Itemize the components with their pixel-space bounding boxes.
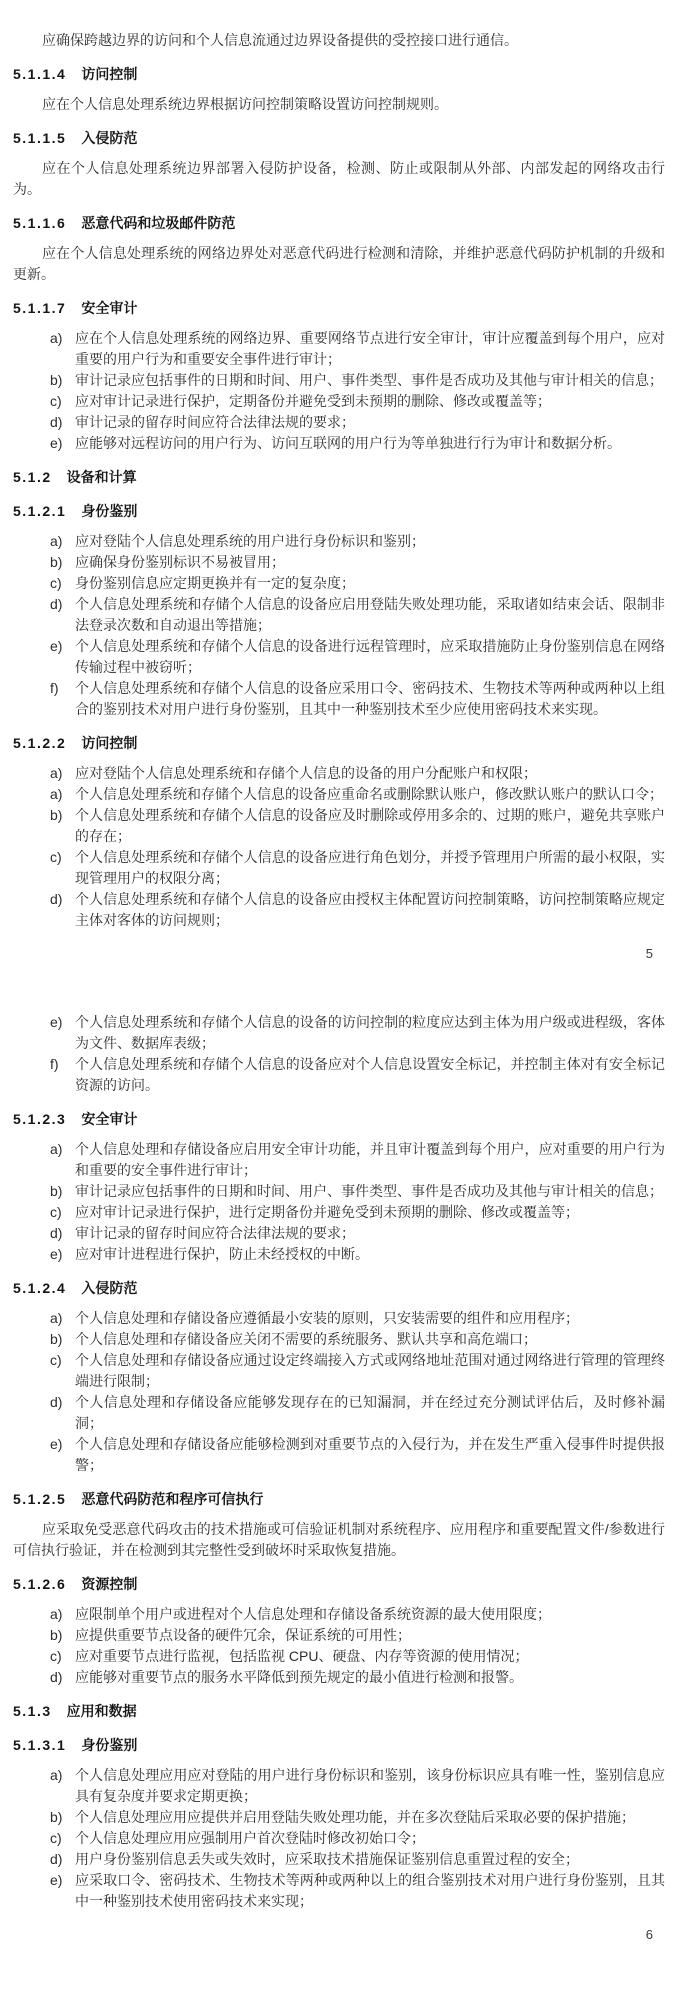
list-item-label: a) [50, 1308, 75, 1329]
clause-title: 应用和数据 [67, 1703, 137, 1719]
clause-number: 5.1.1.4 [13, 66, 66, 82]
list-item: b)个人信息处理应用应提供并启用登陆失败处理功能，并在多次登陆后采取必要的保护措… [13, 1807, 665, 1828]
list-item-text: 个人信息处理应用应强制用户首次登陆时修改初始口令； [75, 1828, 665, 1849]
clause-heading: 5.1.3应用和数据 [13, 1701, 665, 1722]
clause-number: 5.1.2.5 [13, 1491, 66, 1507]
clause-number: 5.1.1.6 [13, 215, 66, 231]
clause-heading: 5.1.2.6资源控制 [13, 1574, 665, 1595]
clause-heading: 5.1.1.4访问控制 [13, 64, 665, 85]
list-item-text: 应能够对重要节点的服务水平降低到预先规定的最小值进行检测和报警。 [75, 1667, 665, 1688]
list-item-label: d) [50, 1849, 75, 1870]
list-item-text: 个人信息处理应用应提供并启用登陆失败处理功能，并在多次登陆后采取必要的保护措施； [75, 1807, 665, 1828]
list-item-label: c) [50, 391, 75, 412]
clause-number: 5.1.2.4 [13, 1280, 66, 1296]
clause-title: 身份鉴别 [81, 1737, 137, 1753]
list-item-text: 个人信息处理系统和存储个人信息的设备应及时删除或停用多余的、过期的账户，避免共享… [75, 805, 665, 847]
list-item-text: 应对审计记录进行保护，定期备份并避免受到未预期的删除、修改或覆盖等； [75, 391, 665, 412]
clause-title: 入侵防范 [81, 130, 137, 146]
list-item-text: 应对登陆个人信息处理系统和存储个人信息的设备的用户分配账户和权限； [75, 763, 665, 784]
clause-number: 5.1.1.5 [13, 130, 66, 146]
list-item-label: e) [50, 1244, 75, 1265]
list-item-label: b) [50, 805, 75, 847]
list-item-text: 个人信息处理系统和存储个人信息的设备应采用口令、密码技术、生物技术等两种或两种以… [75, 678, 665, 720]
list-item: e)应采取口令、密码技术、生物技术等两种或两种以上的组合鉴别技术对用户进行身份鉴… [13, 1870, 665, 1912]
clause-list: a)应在个人信息处理系统的网络边界、重要网络节点进行安全审计，审计应覆盖到每个用… [13, 328, 665, 454]
list-item-label: c) [50, 847, 75, 889]
clause-list: a)个人信息处理应用应对登陆的用户进行身份标识和鉴别，该身份标识应具有唯一性，鉴… [13, 1765, 665, 1912]
list-item-text: 个人信息处理和存储设备应启用安全审计功能，并且审计覆盖到每个用户，应对重要的用户… [75, 1139, 665, 1181]
list-item-text: 个人信息处理系统和存储个人信息的设备进行远程管理时，应采取措施防止身份鉴别信息在… [75, 636, 665, 678]
list-item-label: a) [50, 328, 75, 370]
list-item-text: 应采取口令、密码技术、生物技术等两种或两种以上的组合鉴别技术对用户进行身份鉴别，… [75, 1870, 665, 1912]
page-6-content: e)个人信息处理系统和存储个人信息的设备的访问控制的粒度应达到主体为用户级或进程… [13, 1012, 665, 1912]
list-item: a)个人信息处理系统和存储个人信息的设备应重命名或删除默认账户，修改默认账户的默… [13, 784, 665, 805]
clause-number: 5.1.2.6 [13, 1576, 66, 1592]
list-item: c)身份鉴别信息应定期更换并有一定的复杂度； [13, 573, 665, 594]
list-item: a)应在个人信息处理系统的网络边界、重要网络节点进行安全审计，审计应覆盖到每个用… [13, 328, 665, 370]
list-item: a)应对登陆个人信息处理系统的用户进行身份标识和鉴别； [13, 531, 665, 552]
clause-list: a)应限制单个用户或进程对个人信息处理和存储设备系统资源的最大使用限度；b)应提… [13, 1604, 665, 1688]
page-5: 应确保跨越边界的访问和个人信息流通过边界设备提供的受控接口进行通信。5.1.1.… [13, 30, 665, 964]
list-item: e)个人信息处理系统和存储个人信息的设备进行远程管理时，应采取措施防止身份鉴别信… [13, 636, 665, 678]
list-item: b)审计记录应包括事件的日期和时间、用户、事件类型、事件是否成功及其他与审计相关… [13, 370, 665, 391]
list-item-label: c) [50, 573, 75, 594]
list-item: b)审计记录应包括事件的日期和时间、用户、事件类型、事件是否成功及其他与审计相关… [13, 1181, 665, 1202]
clause-title: 安全审计 [81, 1111, 137, 1127]
list-item-label: c) [50, 1828, 75, 1849]
clause-title: 访问控制 [81, 735, 137, 751]
clause-title: 资源控制 [81, 1576, 137, 1592]
list-item: c)应对审计记录进行保护，进行定期备份并避免受到未预期的删除、修改或覆盖等； [13, 1202, 665, 1223]
page-5-content: 应确保跨越边界的访问和个人信息流通过边界设备提供的受控接口进行通信。5.1.1.… [13, 30, 665, 931]
list-item-text: 应对审计记录进行保护，进行定期备份并避免受到未预期的删除、修改或覆盖等； [75, 1202, 665, 1223]
list-item-label: b) [50, 552, 75, 573]
list-item: d)用户身份鉴别信息丢失或失效时，应采取技术措施保证鉴别信息重置过程的安全； [13, 1849, 665, 1870]
clause-heading: 5.1.2.2访问控制 [13, 733, 665, 754]
list-item: b)应确保身份鉴别标识不易被冒用； [13, 552, 665, 573]
list-item: d)应能够对重要节点的服务水平降低到预先规定的最小值进行检测和报警。 [13, 1667, 665, 1688]
list-item-label: a) [50, 784, 75, 805]
list-item: a)应限制单个用户或进程对个人信息处理和存储设备系统资源的最大使用限度； [13, 1604, 665, 1625]
clause-title: 设备和计算 [67, 469, 137, 485]
list-item-label: c) [50, 1350, 75, 1392]
list-item-text: 用户身份鉴别信息丢失或失效时，应采取技术措施保证鉴别信息重置过程的安全； [75, 1849, 665, 1870]
paragraph: 应在个人信息处理系统边界部署入侵防护设备，检测、防止或限制从外部、内部发起的网络… [13, 158, 665, 200]
list-item: c)个人信息处理应用应强制用户首次登陆时修改初始口令； [13, 1828, 665, 1849]
list-item: e)应能够对远程访问的用户行为、访问互联网的用户行为等单独进行行为审计和数据分析… [13, 433, 665, 454]
clause-title: 访问控制 [81, 66, 137, 82]
clause-heading: 5.1.1.7安全审计 [13, 298, 665, 319]
list-item: d)审计记录的留存时间应符合法律法规的要求； [13, 1223, 665, 1244]
list-item-label: b) [50, 1625, 75, 1646]
list-item: a)应对登陆个人信息处理系统和存储个人信息的设备的用户分配账户和权限； [13, 763, 665, 784]
list-item-text: 个人信息处理系统和存储个人信息的设备的访问控制的粒度应达到主体为用户级或进程级，… [75, 1012, 665, 1054]
clause-heading: 5.1.1.6恶意代码和垃圾邮件防范 [13, 213, 665, 234]
page-number: 6 [13, 1924, 665, 1945]
list-item-text: 审计记录的留存时间应符合法律法规的要求； [75, 1223, 665, 1244]
list-item: a)个人信息处理和存储设备应遵循最小安装的原则，只安装需要的组件和应用程序； [13, 1308, 665, 1329]
list-item-label: d) [50, 594, 75, 636]
list-item-label: a) [50, 531, 75, 552]
list-item-label: f) [50, 1054, 75, 1096]
list-item: c)应对审计记录进行保护，定期备份并避免受到未预期的删除、修改或覆盖等； [13, 391, 665, 412]
list-item-label: b) [50, 1807, 75, 1828]
list-item-text: 个人信息处理和存储设备应通过设定终端接入方式或网络地址范围对通过网络进行管理的管… [75, 1350, 665, 1392]
list-item-label: c) [50, 1646, 75, 1667]
list-item-label: b) [50, 1329, 75, 1350]
list-item-label: d) [50, 412, 75, 433]
list-item-label: e) [50, 1870, 75, 1912]
document-scan: 应确保跨越边界的访问和个人信息流通过边界设备提供的受控接口进行通信。5.1.1.… [0, 0, 675, 1945]
paragraph: 应确保跨越边界的访问和个人信息流通过边界设备提供的受控接口进行通信。 [13, 30, 665, 51]
list-item-text: 个人信息处理和存储设备应关闭不需要的系统服务、默认共享和高危端口； [75, 1329, 665, 1350]
clause-heading: 5.1.2设备和计算 [13, 467, 665, 488]
clause-title: 入侵防范 [81, 1280, 137, 1296]
clause-list: a)应对登陆个人信息处理系统的用户进行身份标识和鉴别；b)应确保身份鉴别标识不易… [13, 531, 665, 720]
list-item-text: 个人信息处理系统和存储个人信息的设备应由授权主体配置访问控制策略，访问控制策略应… [75, 889, 665, 931]
list-item-text: 个人信息处理和存储设备应能够发现存在的已知漏洞，并在经过充分测试评估后，及时修补… [75, 1392, 665, 1434]
list-item-text: 个人信息处理系统和存储个人信息的设备应重命名或删除默认账户，修改默认账户的默认口… [75, 784, 665, 805]
clause-heading: 5.1.1.5入侵防范 [13, 128, 665, 149]
list-item-label: a) [50, 1765, 75, 1807]
clause-heading: 5.1.2.3安全审计 [13, 1109, 665, 1130]
clause-list: e)个人信息处理系统和存储个人信息的设备的访问控制的粒度应达到主体为用户级或进程… [13, 1012, 665, 1096]
list-item-text: 应提供重要节点设备的硬件冗余，保证系统的可用性； [75, 1625, 665, 1646]
list-item: d)个人信息处理和存储设备应能够发现存在的已知漏洞，并在经过充分测试评估后，及时… [13, 1392, 665, 1434]
list-item-text: 个人信息处理和存储设备应遵循最小安装的原则，只安装需要的组件和应用程序； [75, 1308, 665, 1329]
clause-heading: 5.1.2.5恶意代码防范和程序可信执行 [13, 1489, 665, 1510]
clause-heading: 5.1.2.4入侵防范 [13, 1278, 665, 1299]
clause-heading: 5.1.3.1身份鉴别 [13, 1735, 665, 1756]
clause-number: 5.1.3.1 [13, 1737, 66, 1753]
clause-title: 安全审计 [81, 300, 137, 316]
list-item-text: 个人信息处理系统和存储个人信息的设备应启用登陆失败处理功能，采取诸如结束会话、限… [75, 594, 665, 636]
list-item-label: e) [50, 636, 75, 678]
list-item: c)应对重要节点进行监视，包括监视 CPU、硬盘、内存等资源的使用情况； [13, 1646, 665, 1667]
list-item: e)个人信息处理系统和存储个人信息的设备的访问控制的粒度应达到主体为用户级或进程… [13, 1012, 665, 1054]
list-item: d)个人信息处理系统和存储个人信息的设备应由授权主体配置访问控制策略，访问控制策… [13, 889, 665, 931]
list-item-label: a) [50, 1604, 75, 1625]
list-item-label: d) [50, 1392, 75, 1434]
clause-list: a)个人信息处理和存储设备应启用安全审计功能，并且审计覆盖到每个用户，应对重要的… [13, 1139, 665, 1265]
paragraph: 应在个人信息处理系统边界根据访问控制策略设置访问控制规则。 [13, 94, 665, 115]
list-item-text: 审计记录应包括事件的日期和时间、用户、事件类型、事件是否成功及其他与审计相关的信… [75, 370, 665, 391]
list-item-label: d) [50, 1223, 75, 1244]
list-item-label: b) [50, 1181, 75, 1202]
list-item-label: c) [50, 1202, 75, 1223]
list-item-label: d) [50, 889, 75, 931]
list-item-label: d) [50, 1667, 75, 1688]
clause-title: 恶意代码和垃圾邮件防范 [81, 215, 235, 231]
list-item-text: 个人信息处理系统和存储个人信息的设备应对个人信息设置安全标记，并控制主体对有安全… [75, 1054, 665, 1096]
list-item: d)个人信息处理系统和存储个人信息的设备应启用登陆失败处理功能，采取诸如结束会话… [13, 594, 665, 636]
list-item-text: 审计记录的留存时间应符合法律法规的要求； [75, 412, 665, 433]
list-item: c)个人信息处理和存储设备应通过设定终端接入方式或网络地址范围对通过网络进行管理… [13, 1350, 665, 1392]
clause-number: 5.1.2.2 [13, 735, 66, 751]
clause-heading: 5.1.2.1身份鉴别 [13, 501, 665, 522]
list-item: a)个人信息处理应用应对登陆的用户进行身份标识和鉴别，该身份标识应具有唯一性，鉴… [13, 1765, 665, 1807]
clause-list: a)个人信息处理和存储设备应遵循最小安装的原则，只安装需要的组件和应用程序；b)… [13, 1308, 665, 1476]
list-item: a)个人信息处理和存储设备应启用安全审计功能，并且审计覆盖到每个用户，应对重要的… [13, 1139, 665, 1181]
page-number: 5 [13, 943, 665, 964]
list-item-label: e) [50, 1434, 75, 1476]
list-item-text: 应对登陆个人信息处理系统的用户进行身份标识和鉴别； [75, 531, 665, 552]
list-item-label: e) [50, 433, 75, 454]
clause-number: 5.1.2.1 [13, 503, 66, 519]
page-6: e)个人信息处理系统和存储个人信息的设备的访问控制的粒度应达到主体为用户级或进程… [13, 1012, 665, 1945]
list-item-label: b) [50, 370, 75, 391]
list-item: b)应提供重要节点设备的硬件冗余，保证系统的可用性； [13, 1625, 665, 1646]
list-item-text: 应确保身份鉴别标识不易被冒用； [75, 552, 665, 573]
clause-title: 身份鉴别 [81, 503, 137, 519]
list-item-label: e) [50, 1012, 75, 1054]
list-item-text: 应对审计进程进行保护，防止未经授权的中断。 [75, 1244, 665, 1265]
clause-number: 5.1.2.3 [13, 1111, 66, 1127]
list-item: b)个人信息处理和存储设备应关闭不需要的系统服务、默认共享和高危端口； [13, 1329, 665, 1350]
paragraph: 应在个人信息处理系统的网络边界处对恶意代码进行检测和清除，并维护恶意代码防护机制… [13, 243, 665, 285]
list-item: c)个人信息处理系统和存储个人信息的设备应进行角色划分，并授予管理用户所需的最小… [13, 847, 665, 889]
list-item: b)个人信息处理系统和存储个人信息的设备应及时删除或停用多余的、过期的账户，避免… [13, 805, 665, 847]
list-item-text: 个人信息处理系统和存储个人信息的设备应进行角色划分，并授予管理用户所需的最小权限… [75, 847, 665, 889]
list-item: f)个人信息处理系统和存储个人信息的设备应对个人信息设置安全标记，并控制主体对有… [13, 1054, 665, 1096]
paragraph: 应采取免受恶意代码攻击的技术措施或可信验证机制对系统程序、应用程序和重要配置文件… [13, 1519, 665, 1561]
list-item: e)个人信息处理和存储设备应能够检测到对重要节点的入侵行为，并在发生严重入侵事件… [13, 1434, 665, 1476]
list-item-text: 应在个人信息处理系统的网络边界、重要网络节点进行安全审计，审计应覆盖到每个用户，… [75, 328, 665, 370]
list-item-text: 应能够对远程访问的用户行为、访问互联网的用户行为等单独进行行为审计和数据分析。 [75, 433, 665, 454]
clause-number: 5.1.1.7 [13, 300, 66, 316]
clause-number: 5.1.3 [13, 1703, 52, 1719]
list-item-text: 个人信息处理应用应对登陆的用户进行身份标识和鉴别，该身份标识应具有唯一性，鉴别信… [75, 1765, 665, 1807]
list-item-text: 应对重要节点进行监视，包括监视 CPU、硬盘、内存等资源的使用情况； [75, 1646, 665, 1667]
list-item-text: 身份鉴别信息应定期更换并有一定的复杂度； [75, 573, 665, 594]
list-item: e)应对审计进程进行保护，防止未经授权的中断。 [13, 1244, 665, 1265]
list-item-text: 审计记录应包括事件的日期和时间、用户、事件类型、事件是否成功及其他与审计相关的信… [75, 1181, 665, 1202]
clause-list: a)应对登陆个人信息处理系统和存储个人信息的设备的用户分配账户和权限；a)个人信… [13, 763, 665, 931]
list-item-label: f) [50, 678, 75, 720]
list-item-label: a) [50, 763, 75, 784]
list-item: f)个人信息处理系统和存储个人信息的设备应采用口令、密码技术、生物技术等两种或两… [13, 678, 665, 720]
clause-number: 5.1.2 [13, 469, 52, 485]
list-item-text: 应限制单个用户或进程对个人信息处理和存储设备系统资源的最大使用限度； [75, 1604, 665, 1625]
list-item: d)审计记录的留存时间应符合法律法规的要求； [13, 412, 665, 433]
list-item-label: a) [50, 1139, 75, 1181]
clause-title: 恶意代码防范和程序可信执行 [81, 1491, 263, 1507]
list-item-text: 个人信息处理和存储设备应能够检测到对重要节点的入侵行为，并在发生严重入侵事件时提… [75, 1434, 665, 1476]
